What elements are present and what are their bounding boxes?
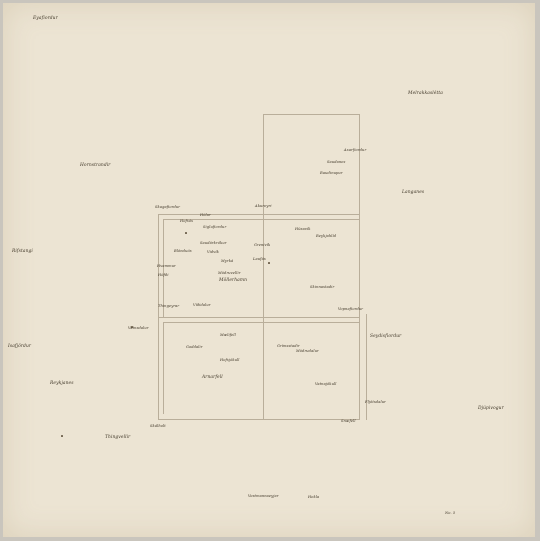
place-label: Melrakkaslétta [408,91,443,96]
place-label: Hekla [308,495,319,499]
place-label: Akureyri [255,204,272,208]
place-label: Hofsjökull [220,358,240,362]
place-label: Fljótsdalur [365,400,386,404]
place-label: Snæfell [341,419,356,423]
grid-line [158,214,360,215]
place-label: Djúpivogur [478,406,504,411]
place-label: Hofsós [180,219,193,223]
place-label: Húsavík [295,227,311,231]
location-dot [61,435,63,437]
place-label: Vopnafiordur [338,307,363,311]
place-label: Arnarfell [202,375,223,380]
place-label: Vidvík [207,250,219,254]
place-label: Hornstrandir [80,163,110,168]
place-label: Axarfiordur [344,148,366,152]
place-label: Saudárkrókur [200,241,227,245]
place-label: Höfdi [158,273,169,277]
place-label: Vestmannaeyjar [248,494,279,498]
place-label: Laufás [253,257,266,261]
place-label: Thingeyrar [158,304,179,308]
grid-line [163,219,164,317]
place-label: No. 5 [445,511,455,515]
place-label: Reykjahlíd [316,234,336,238]
grid-line [366,314,367,420]
grid-line [263,114,264,420]
place-label: Skagafiordur [155,205,180,209]
place-label: Eyafiordur [33,16,58,21]
place-label: Rifstangi [12,249,33,254]
place-label: Hólar [200,213,211,217]
place-label: Siglufiordur [203,225,226,229]
place-label: Mælifell [220,333,236,337]
place-label: Grímsstadir [277,344,300,348]
grid-line [359,114,360,420]
place-label: Vatnsdalur [128,326,149,330]
place-label: Hvammur [157,264,176,268]
place-label: Grenivík [254,243,270,247]
place-label: Blönduós [174,249,192,253]
grid-line [263,114,360,115]
place-label: Mödrudalur [296,349,319,353]
location-dot [185,232,187,234]
place-label: Raudinupur [320,171,343,175]
place-label: Skálholt [150,424,166,428]
place-label: Isafjördur [8,344,31,349]
place-label: Goddalir [186,345,203,349]
place-label: Reykjanes [50,381,74,386]
place-label: Myrká [221,259,233,263]
place-label: Vatnajökull [315,382,336,386]
place-label: Seydisfiordur [370,334,401,339]
place-label: Möllerhamn [219,278,247,283]
grid-line [158,317,360,318]
place-label: Víðidalur [193,303,211,307]
grid-line [163,322,360,323]
place-label: Skinnastadir [310,285,334,289]
grid-line [158,419,360,420]
map-sheet [3,3,535,537]
place-label: Saudanes [327,160,345,164]
place-label: Thingvellir [105,435,130,440]
grid-line [163,322,164,414]
place-label: Mödruvellir [218,271,241,275]
location-dot [268,262,270,264]
place-label: Langanes [402,190,424,195]
